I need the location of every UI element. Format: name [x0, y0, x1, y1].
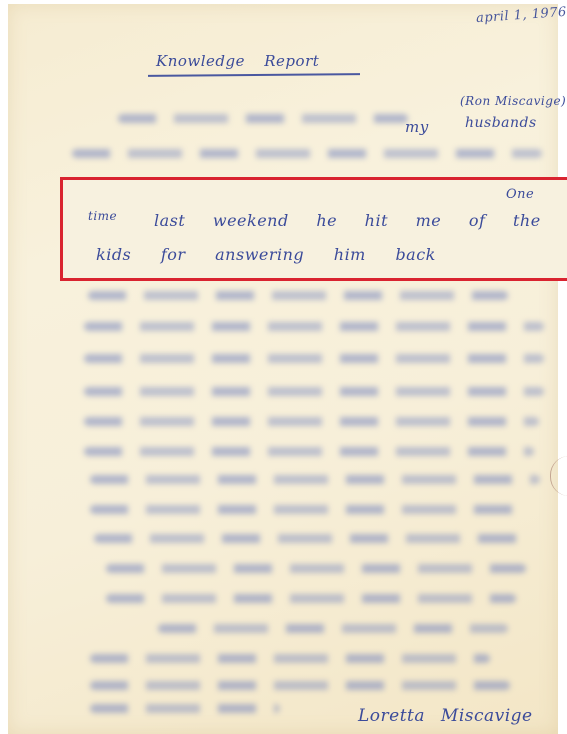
redacted-line [90, 654, 490, 663]
redacted-line [84, 387, 544, 396]
redacted-line [106, 594, 516, 603]
margin-note-name: (Ron Miscavige) [460, 94, 566, 108]
document-title: Knowledge Report [156, 52, 319, 70]
redacted-line [84, 354, 544, 363]
redacted-line [90, 704, 280, 713]
redacted-line [90, 505, 530, 514]
highlight-text-one: One [506, 187, 534, 202]
margin-pencil-mark [550, 456, 567, 496]
redacted-line [158, 624, 508, 633]
redacted-line [84, 417, 539, 426]
redacted-line [84, 447, 534, 456]
redacted-line [106, 564, 526, 573]
redacted-line [72, 149, 542, 158]
margin-note-my: my [405, 118, 429, 136]
margin-note-husbands: husbands [465, 115, 537, 131]
redacted-line [90, 475, 540, 484]
date-text: april 1, 1976 [476, 5, 567, 26]
redacted-line [84, 322, 544, 331]
redacted-line [88, 291, 508, 300]
title-underline [148, 73, 360, 76]
highlight-text-line1: last weekend he hit me of the [154, 211, 541, 230]
redacted-line [118, 114, 408, 123]
signature: Loretta Miscavige [358, 706, 533, 726]
redacted-line [90, 681, 510, 690]
letter-page: april 1, 1976 Knowledge Report (Ron Misc… [8, 4, 558, 734]
highlight-text-time: time [88, 209, 117, 223]
redacted-line [94, 534, 534, 543]
highlight-text-line2: kids for answering him back [96, 245, 436, 264]
